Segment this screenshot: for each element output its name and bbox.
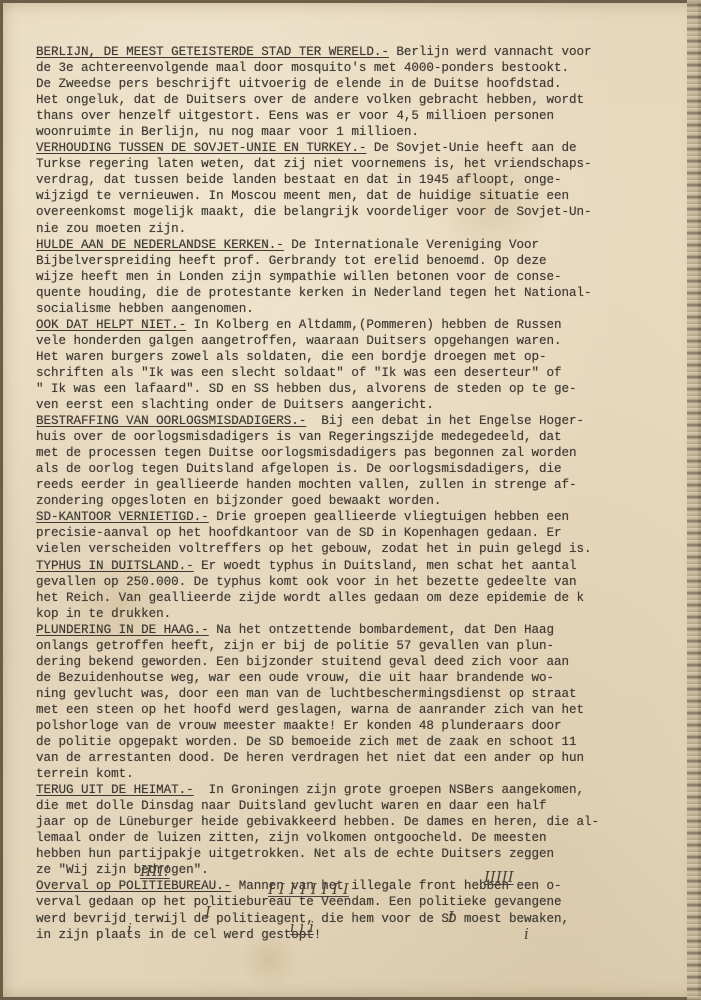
article-line: wijzigd te vernieuwen. In Moscou meent m… [36,188,686,204]
article-text: " Ik was een lafaard". SD en SS hebben d… [36,382,577,396]
article-text: Het waren burgers zowel als soldaten, di… [36,350,547,364]
article-text: woonruimte in Berlijn, nu nog maar voor … [36,125,419,139]
article-line: vele honderden galgen aangetroffen, waar… [36,333,686,349]
article-text: thans over henzelf uitgestort. Eens was … [36,109,554,123]
article-text: die met dolle Dinsdag naar Duitsland gev… [36,799,547,813]
article-text: nie zou moeten zijn. [36,222,186,236]
article-text: terrein komt. [36,767,134,781]
article-line: Turkse regering laten weten, dat zij nie… [36,156,686,172]
article-first-line: Overval op POLITIEBUREAU.- Mannen van he… [36,878,686,894]
article-line: onlangs getroffen heeft, zijn er bij de … [36,638,686,654]
article-headline: Overval op POLITIEBUREAU.- [36,879,231,893]
article-line: zondering opgesloten en bijzonder goed b… [36,493,686,509]
article-text: verdrag, dat tussen beide landen bestaat… [36,173,562,187]
article-line: ning gevlucht was, door een man van de l… [36,686,686,702]
article-text: ning gevlucht was, door een man van de l… [36,687,577,701]
article-line: het Reich. Van geallieerde zijde wordt a… [36,590,686,606]
article-text: polshorloge van de vrouw meester maakte!… [36,719,562,733]
article-text: Het ongeluk, dat de Duitsers over de and… [36,93,584,107]
article-headline: PLUNDERING IN DE HAAG.- [36,623,209,637]
article-text: Turkse regering laten weten, dat zij nie… [36,157,592,171]
article-line: overeenkomst mogelijk maakt, die belangr… [36,204,686,220]
article-line: Het waren burgers zowel als soldaten, di… [36,349,686,365]
document-page: BERLIJN, DE MEEST GETEISTERDE STAD TER W… [0,0,701,1000]
article-line: huis over de oorlogsmisdadigers is van R… [36,429,686,445]
article-first-line: SD-KANTOOR VERNIETIGD.- Drie groepen gea… [36,509,686,525]
article-text: socialisme hebben aangenomen. [36,302,254,316]
article-first-line: VERHOUDING TUSSEN DE SOVJET-UNIE EN TURK… [36,140,686,156]
article-text: de 3e achtereenvolgende maal door mosqui… [36,61,569,75]
article-line: werd bevrijd terwijl de politieagent, di… [36,911,686,927]
article-line: Het ongeluk, dat de Duitsers over de and… [36,92,686,108]
article-line: ze "Wij zijn bedrogen". [36,862,686,878]
article-line: vielen verscheiden voltreffers op het ge… [36,541,686,557]
article-line: kop in te drukken. [36,606,686,622]
article-line: verdrag, dat tussen beide landen bestaat… [36,172,686,188]
article-text: onlangs getroffen heeft, zijn er bij de … [36,639,554,653]
article-text: wijze heeft men in Londen zijn sympathie… [36,270,562,284]
article-line: thans over henzelf uitgestort. Eens was … [36,108,686,124]
article-text: hebben hun partijpakje uitgetrokken. Net… [36,847,554,861]
article-text: De Sovjet-Unie heeft aan de [366,141,576,155]
article-line: " Ik was een lafaard". SD en SS hebben d… [36,381,686,397]
article-text: in zijn plaats in de cel werd gestopt! [36,928,321,942]
article-text: ze "Wij zijn bedrogen". [36,863,209,877]
article-text: van de arrestanten dood. De heren verdra… [36,751,584,765]
article-text: reeds eerder in geallieerde handen mocht… [36,478,577,492]
article-text: precisie-aanval op het hoofdkantoor van … [36,526,562,540]
article-text: overeenkomst mogelijk maakt, die belangr… [36,205,592,219]
article-first-line: BESTRAFFING VAN OORLOGSMISDADIGERS.- Bij… [36,413,686,429]
article-text: de Bezuidenhoutse weg, war een oude vrou… [36,671,554,685]
article-headline: VERHOUDING TUSSEN DE SOVJET-UNIE EN TURK… [36,141,366,155]
article-headline: SD-KANTOOR VERNIETIGD.- [36,510,209,524]
article-text: het Reich. Van geallieerde zijde wordt a… [36,591,584,605]
torn-right-edge [687,0,701,1000]
article-text: De Zweedse pers beschrijft uitvoerig de … [36,77,562,91]
article-headline: OOK DAT HELPT NIET.- [36,318,186,332]
article-text: schriften als "Ik was een slecht soldaat… [36,366,562,380]
article-text: Na het ontzettende bombardement, dat Den… [209,623,554,637]
article-text: Er woedt typhus in Duitsland, men schat … [194,559,577,573]
article-text: gevallen op 250.000. De typhus komt ook … [36,575,577,589]
article-line: quente houding, die de protestante kerke… [36,285,686,301]
article-text: de politie opgepakt worden. De SD bemoei… [36,735,577,749]
article-line: gevallen op 250.000. De typhus komt ook … [36,574,686,590]
article-text: quente houding, die de protestante kerke… [36,286,592,300]
article-text: Berlijn werd vannacht voor [389,45,592,59]
article-text: dering bekend geworden. Een bijzonder st… [36,655,569,669]
article-text: In Groningen zijn grote groepen NSBers a… [194,783,584,797]
article-headline: TYPHUS IN DUITSLAND.- [36,559,194,573]
article-line: jaar op de Lüneburger heide gebivakkeerd… [36,814,686,830]
article-text: huis over de oorlogsmisdadigers is van R… [36,430,562,444]
article-first-line: TERUG UIT DE HEIMAT.- In Groningen zijn … [36,782,686,798]
article-line: polshorloge van de vrouw meester maakte!… [36,718,686,734]
article-headline: BESTRAFFING VAN OORLOGSMISDADIGERS.- [36,414,306,428]
article-text: zondering opgesloten en bijzonder goed b… [36,494,441,508]
article-line: nie zou moeten zijn. [36,221,686,237]
article-headline: BERLIJN, DE MEEST GETEISTERDE STAD TER W… [36,45,389,59]
article-line: de 3e achtereenvolgende maal door mosqui… [36,60,686,76]
article-text: werd bevrijd terwijl de politieagent, di… [36,912,569,926]
article-text: Drie groepen geallieerde vliegtuigen heb… [209,510,569,524]
article-first-line: BERLIJN, DE MEEST GETEISTERDE STAD TER W… [36,44,686,60]
article-text: vele honderden galgen aangetroffen, waar… [36,334,562,348]
article-line: als de oorlog tegen Duitsland afgelopen … [36,461,686,477]
article-first-line: TYPHUS IN DUITSLAND.- Er woedt typhus in… [36,558,686,574]
article-line: De Zweedse pers beschrijft uitvoerig de … [36,76,686,92]
article-line: verval gedaan op het politiebureau te Ve… [36,894,686,910]
article-text: als de oorlog tegen Duitsland afgelopen … [36,462,562,476]
article-text: wijzigd te vernieuwen. In Moscou meent m… [36,189,569,203]
article-first-line: HULDE AAN DE NEDERLANDSE KERKEN.- De Int… [36,237,686,253]
article-line: woonruimte in Berlijn, nu nog maar voor … [36,124,686,140]
article-line: reeds eerder in geallieerde handen mocht… [36,477,686,493]
typewritten-body: BERLIJN, DE MEEST GETEISTERDE STAD TER W… [36,44,686,943]
article-line: die met dolle Dinsdag naar Duitsland gev… [36,798,686,814]
article-text: kop in te drukken. [36,607,171,621]
article-text: met een steen op het hoofd werd geslagen… [36,703,584,717]
article-line: socialisme hebben aangenomen. [36,301,686,317]
article-headline: TERUG UIT DE HEIMAT.- [36,783,194,797]
article-line: de politie opgepakt worden. De SD bemoei… [36,734,686,750]
article-line: van de arrestanten dood. De heren verdra… [36,750,686,766]
article-line: met een steen op het hoofd werd geslagen… [36,702,686,718]
article-line: lemaal onder de luizen zitten, zijn volk… [36,830,686,846]
article-line: schriften als "Ik was een slecht soldaat… [36,365,686,381]
article-text: ven eerst een slachting onder de Duitser… [36,398,434,412]
article-line: precisie-aanval op het hoofdkantoor van … [36,525,686,541]
article-line: Bijbelverspreiding heeft prof. Gerbrandy… [36,253,686,269]
article-line: ven eerst een slachting onder de Duitser… [36,397,686,413]
article-text: lemaal onder de luizen zitten, zijn volk… [36,831,547,845]
article-text: Bij een debat in het Engelse Hoger- [306,414,584,428]
article-text: verval gedaan op het politiebureau te Ve… [36,895,562,909]
article-text: De Internationale Vereniging Voor [284,238,539,252]
article-line: terrein komt. [36,766,686,782]
article-line: in zijn plaats in de cel werd gestopt! [36,927,686,943]
article-line: met de processen tegen Duitse oorlogsmis… [36,445,686,461]
article-text: vielen verscheiden voltreffers op het ge… [36,542,592,556]
article-first-line: PLUNDERING IN DE HAAG.- Na het ontzetten… [36,622,686,638]
article-line: de Bezuidenhoutse weg, war een oude vrou… [36,670,686,686]
article-headline: HULDE AAN DE NEDERLANDSE KERKEN.- [36,238,284,252]
article-text: met de processen tegen Duitse oorlogsmis… [36,446,577,460]
article-line: wijze heeft men in Londen zijn sympathie… [36,269,686,285]
article-line: dering bekend geworden. Een bijzonder st… [36,654,686,670]
article-text: In Kolberg en Altdamm,(Pommeren) hebben … [186,318,561,332]
article-text: jaar op de Lüneburger heide gebivakkeerd… [36,815,599,829]
article-first-line: OOK DAT HELPT NIET.- In Kolberg en Altda… [36,317,686,333]
article-text: Mannen van het illegale front hebben een… [231,879,561,893]
article-text: Bijbelverspreiding heeft prof. Gerbrandy… [36,254,547,268]
article-line: hebben hun partijpakje uitgetrokken. Net… [36,846,686,862]
